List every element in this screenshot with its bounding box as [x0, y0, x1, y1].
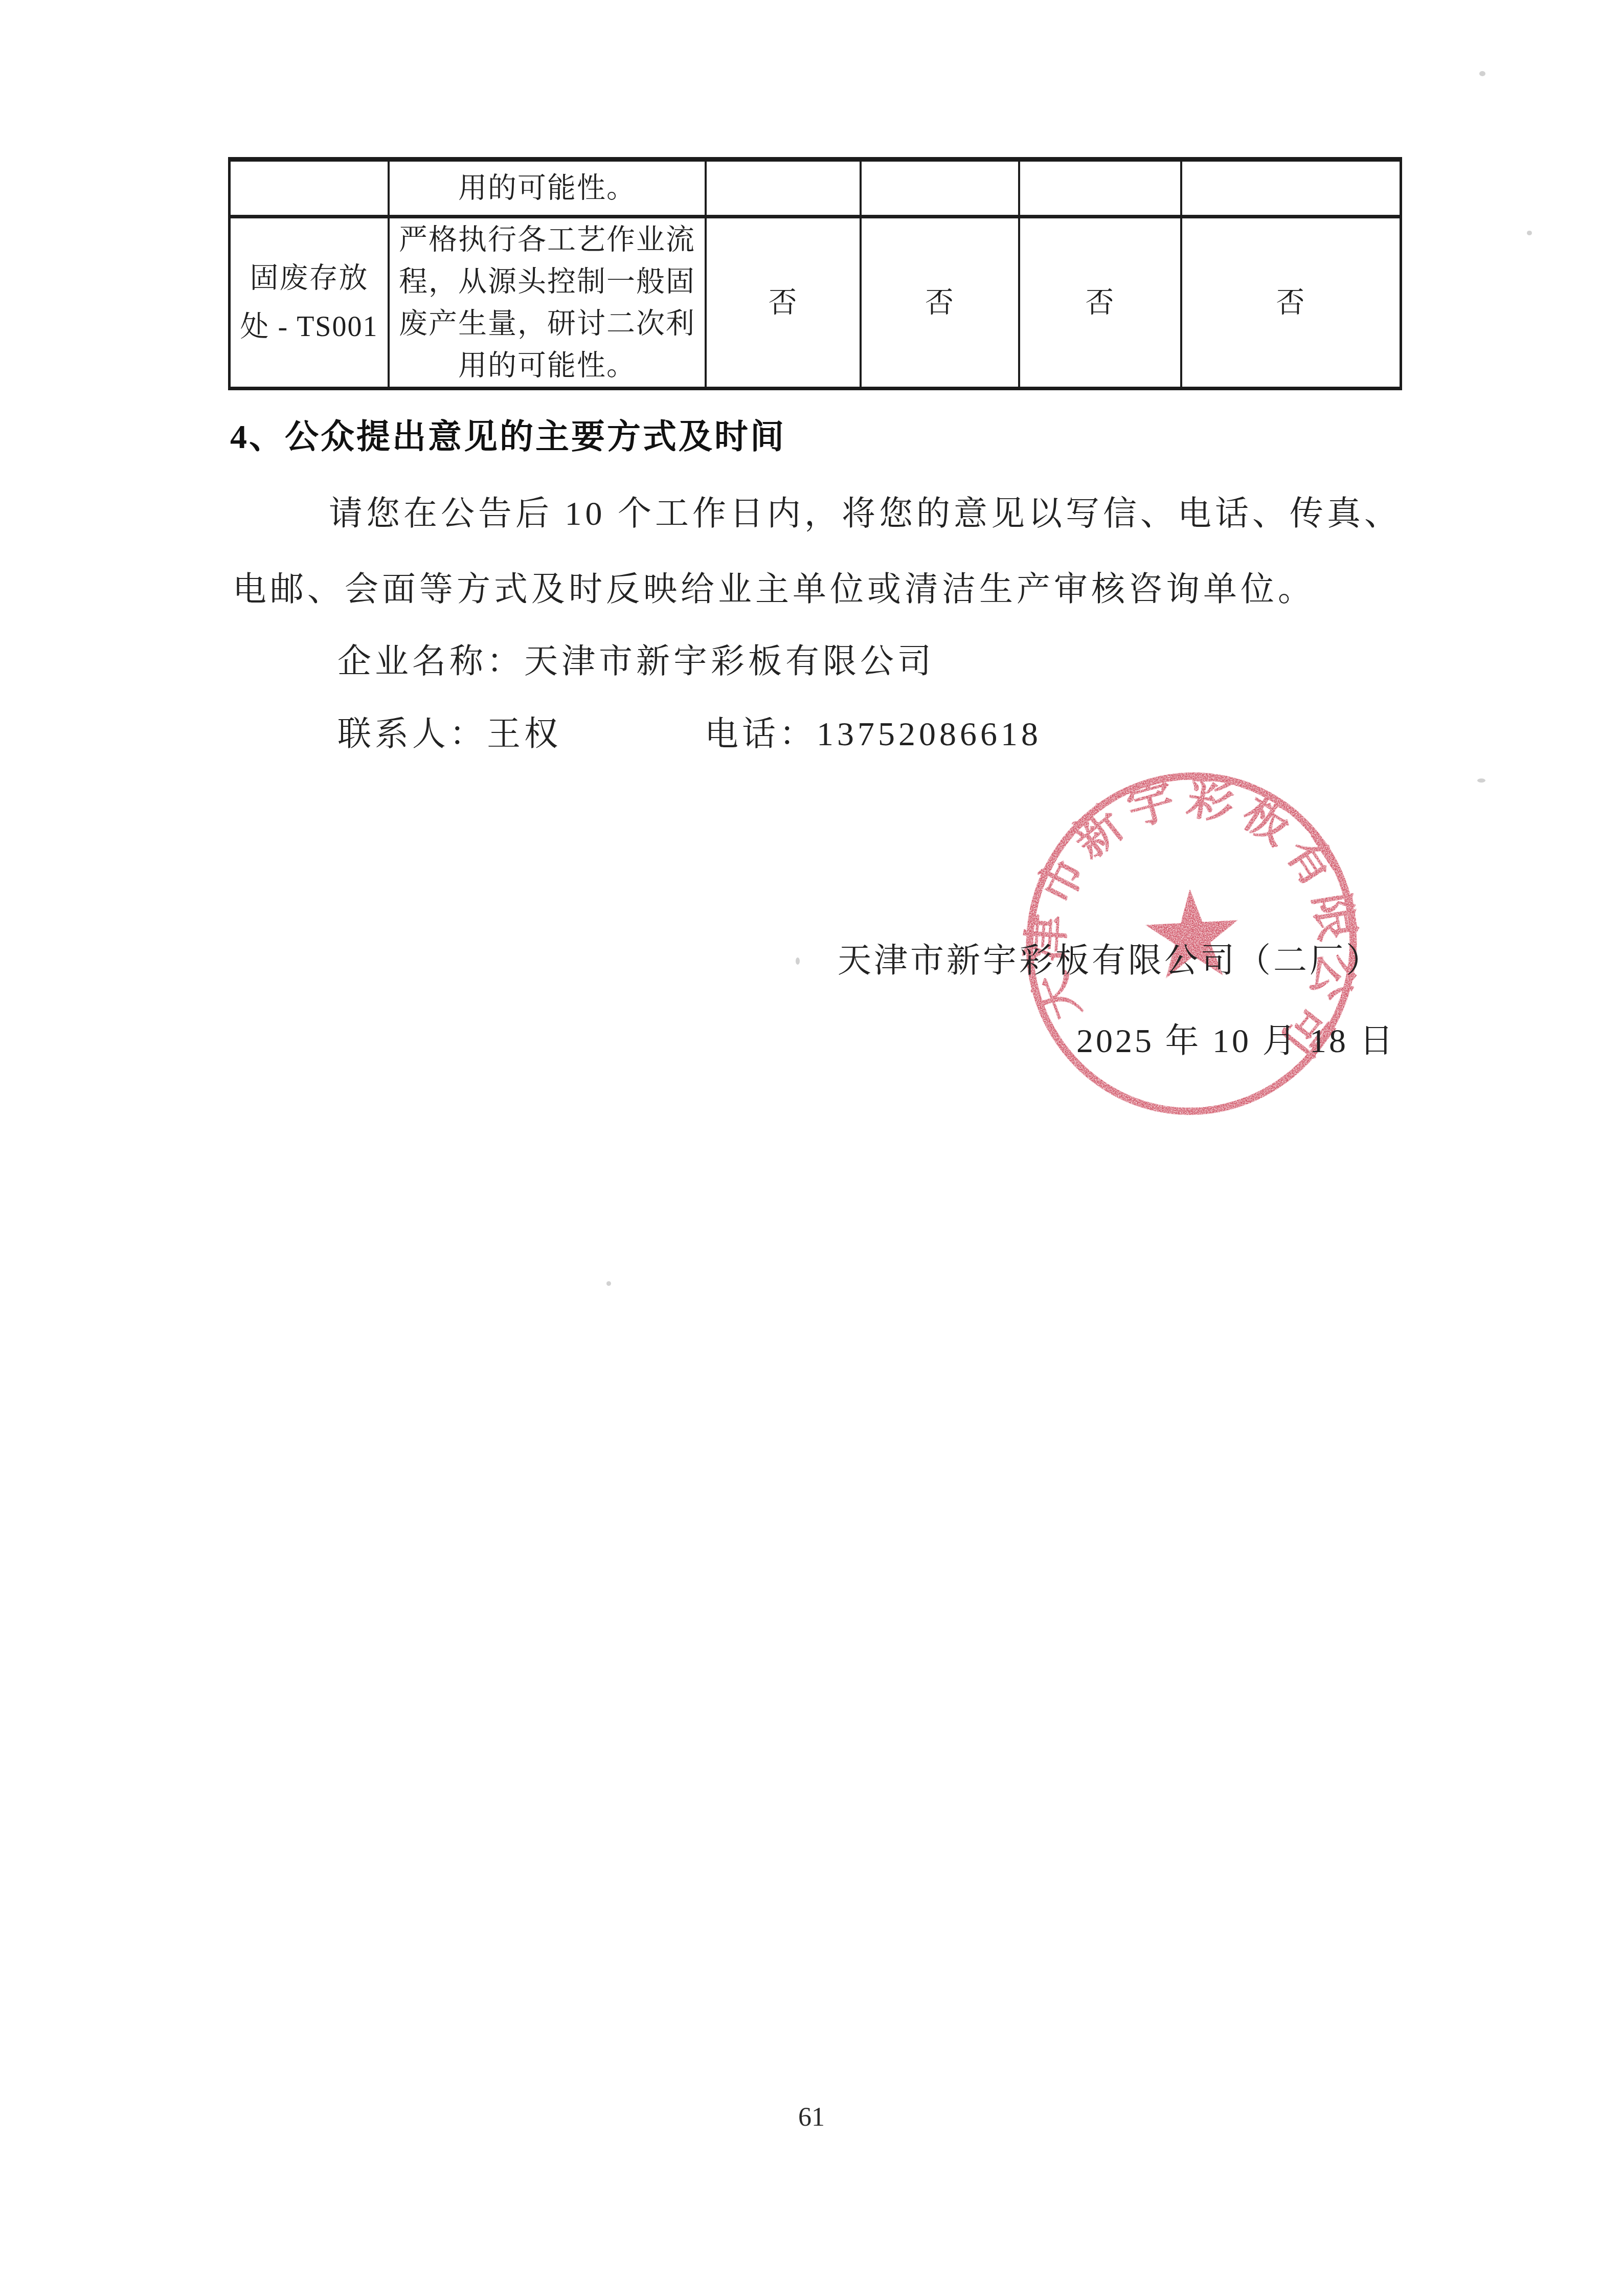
table-cell-site-carryover [231, 162, 390, 218]
document-page: 用的可能性。 固废存放 处 - TS001 严格执行各工艺作业流 程，从源头控制… [0, 0, 1623, 2296]
table-cell-empty [1020, 162, 1182, 218]
public-notice-table: 用的可能性。 固废存放 处 - TS001 严格执行各工艺作业流 程，从源头控制… [228, 157, 1402, 390]
contact-person: 联系人：王权 [337, 718, 561, 751]
table-cell-measure: 严格执行各工艺作业流 程，从源头控制一般固 废产生量，研讨二次利 用的可能性。 [390, 218, 707, 387]
page-number: 61 [0, 2102, 1623, 2132]
measure-line: 程，从源头控制一般固 [399, 261, 695, 303]
section-heading: 4、公众提出意见的主要方式及时间 [230, 420, 786, 454]
scan-speck [1527, 231, 1532, 235]
signature-company: 天津市新宇彩板有限公司（二厂） [838, 944, 1382, 978]
site-name-line2: 处 - TS001 [240, 303, 378, 351]
table-cell-answer: 否 [862, 218, 1020, 387]
paragraph-line-2: 电邮、会面等方式及时反映给业主单位或清洁生产审核咨询单位。 [233, 573, 1315, 607]
scan-speck [796, 957, 800, 965]
contact-phone: 电话：13752086618 [705, 718, 1042, 751]
table-cell-empty [707, 162, 862, 218]
measure-line: 严格执行各工艺作业流 [399, 219, 695, 261]
table-cell-empty [1182, 162, 1400, 218]
table-cell-answer: 否 [707, 218, 862, 387]
table-cell-measure-carryover: 用的可能性。 [390, 162, 707, 218]
company-name-line: 企业名称：天津市新宇彩板有限公司 [337, 645, 935, 679]
scan-speck [606, 1281, 611, 1286]
table-cell-answer: 否 [1020, 218, 1182, 387]
scan-speck [1477, 778, 1485, 783]
table-cell-site: 固废存放 处 - TS001 [231, 218, 390, 387]
scan-speck [1479, 71, 1485, 76]
table-cell-text: 用的可能性。 [458, 174, 636, 203]
signature-date: 2025 年 10 月 18 日 [1076, 1024, 1396, 1058]
site-name-line1: 固废存放 [250, 254, 369, 303]
measure-line: 废产生量，研讨二次利 [399, 303, 695, 345]
table-cell-answer: 否 [1182, 218, 1400, 387]
measure-line: 用的可能性。 [458, 345, 636, 387]
paragraph-line-1: 请您在公告后 10 个工作日内，将您的意见以写信、电话、传真、 [329, 497, 1402, 531]
table-cell-empty [862, 162, 1020, 218]
